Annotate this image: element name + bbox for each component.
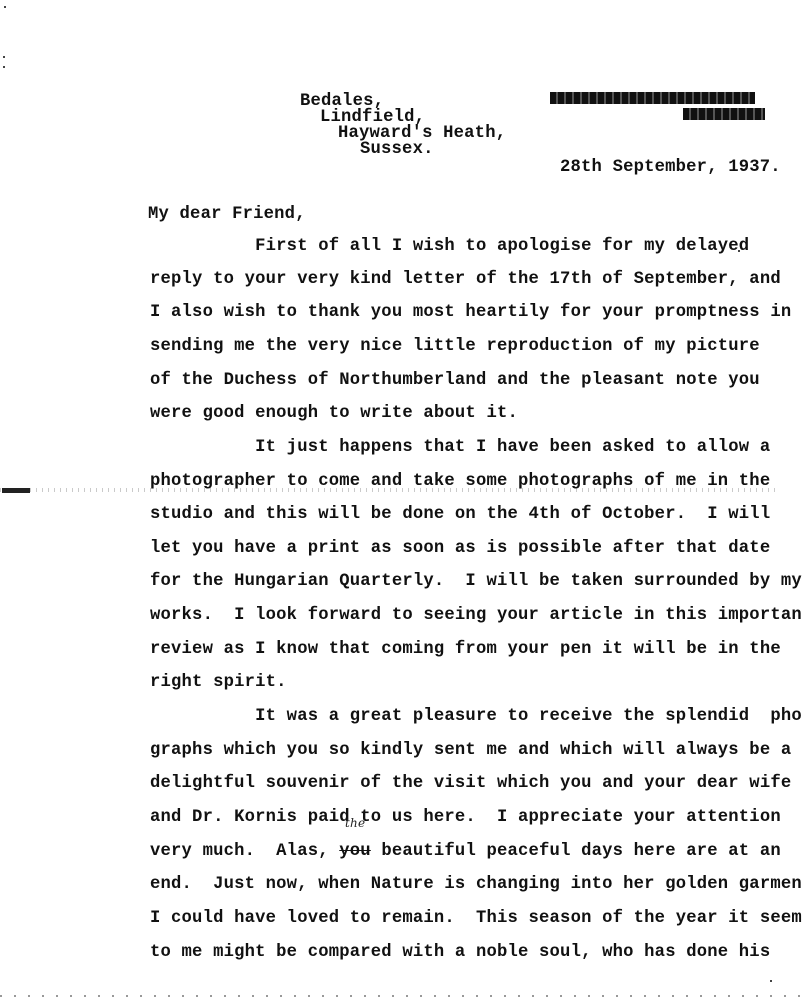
- salutation: My dear Friend,: [148, 205, 306, 225]
- body-line: First of all I wish to apologise for my …: [150, 237, 749, 257]
- body-line: and Dr. Kornis paid to us here. I apprec…: [150, 808, 781, 828]
- scan-noise-mark: [2, 488, 30, 493]
- body-line: works. I look forward to seeing your art…: [150, 606, 803, 626]
- scan-noise-bottom: [0, 995, 803, 997]
- struck-word: you: [339, 842, 371, 861]
- struck-out-header-line-2: [683, 108, 765, 120]
- body-line: I also wish to thank you most heartily f…: [150, 303, 791, 323]
- body-line: to me might be compared with a noble sou…: [150, 943, 770, 963]
- body-line: review as I know that coming from your p…: [150, 640, 781, 660]
- body-line: were good enough to write about it.: [150, 404, 518, 424]
- body-line: very much. Alas, you beautiful peaceful …: [150, 842, 781, 862]
- address-line-4: Sussex.: [360, 140, 434, 160]
- body-line: It was a great pleasure to receive the s…: [150, 707, 803, 727]
- letter-page: Bedales, Lindfield, Hayward's Heath, Sus…: [0, 0, 803, 1000]
- body-line: end. Just now, when Nature is changing i…: [150, 875, 803, 895]
- body-line: sending me the very nice little reproduc…: [150, 337, 760, 357]
- handwritten-correction: the: [345, 816, 365, 830]
- body-line: It just happens that I have been asked t…: [150, 438, 770, 458]
- body-line: for the Hungarian Quarterly. I will be t…: [150, 572, 802, 592]
- body-line: I could have loved to remain. This seaso…: [150, 909, 803, 929]
- body-line: let you have a print as soon as is possi…: [150, 539, 770, 559]
- body-line: graphs which you so kindly sent me and w…: [150, 741, 791, 761]
- body-line: right spirit.: [150, 673, 287, 693]
- letter-date: 28th September, 1937.: [560, 158, 781, 178]
- body-line: reply to your very kind letter of the 17…: [150, 270, 781, 290]
- scan-noise-band: [0, 488, 780, 492]
- struck-out-header-line-1: [550, 92, 755, 104]
- body-line: of the Duchess of Northumberland and the…: [150, 371, 760, 391]
- body-line: delightful souvenir of the visit which y…: [150, 774, 791, 794]
- body-line: studio and this will be done on the 4th …: [150, 505, 770, 525]
